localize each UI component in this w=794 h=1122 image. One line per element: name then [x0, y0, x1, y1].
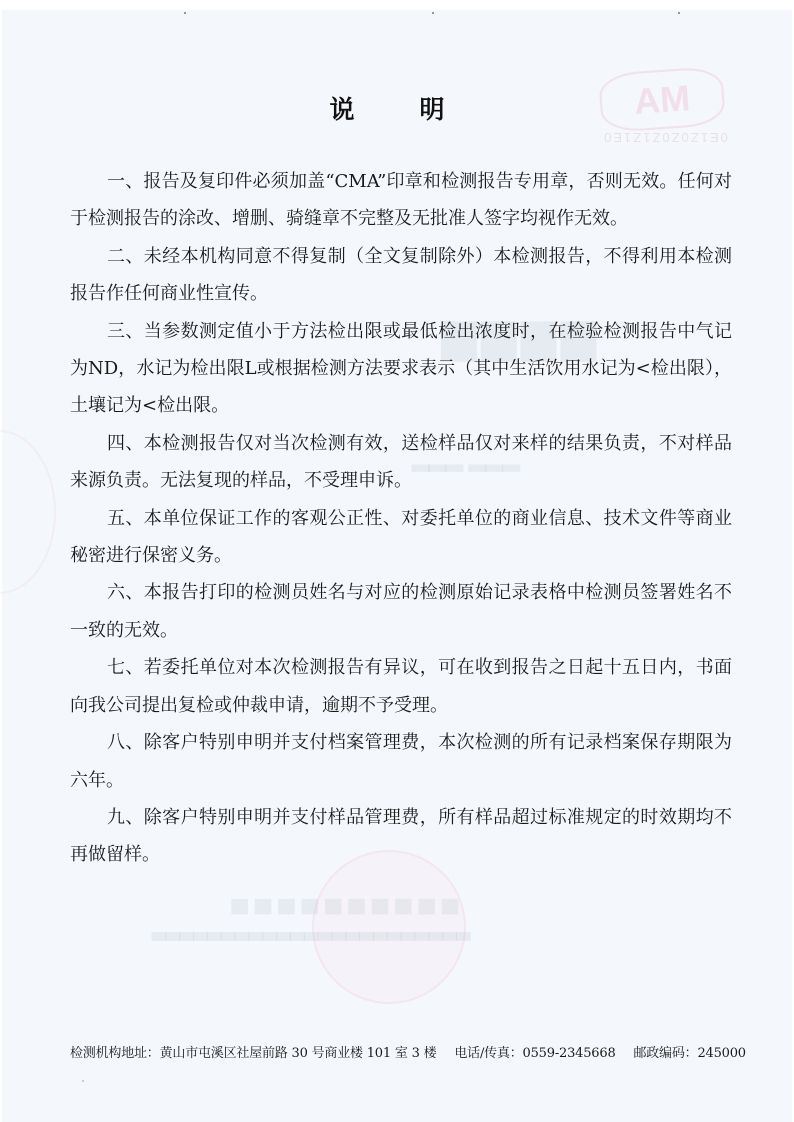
note-item-9: 九、除客户特别申明并支付样品管理费，所有样品超过标准规定的时效期均不再做留样。 [70, 799, 732, 874]
note-item-7: 七、若委托单位对本次检测报告有异议，可在收到报告之日起十五日内，书面向我公司提出… [70, 649, 732, 724]
footer-address: 检测机构地址：黄山市屯溪区社屋前路 30 号商业楼 101 室 3 楼 [70, 1046, 436, 1061]
footer-phone: 电话/传真：0559-2345668 [454, 1046, 615, 1061]
note-item-3: 三、当参数测定值小于方法检出限或最低检出浓度时，在检验检测报告中气记为ND，水记… [70, 313, 732, 425]
notes-body: 一、报告及复印件必须加盖“CMA”印章和检测报告专用章，否则无效。任何对于检测报… [70, 163, 732, 874]
stamp-number-watermark: 0E1Z0Z0Z1Z1E0 [600, 130, 730, 145]
note-item-8: 八、除客户特别申明并支付档案管理费，本次检测的所有记录档案保存期限为六年。 [70, 724, 732, 799]
note-item-6: 六、本报告打印的检测员姓名与对应的检测原始记录表格中检测员签署姓名不一致的无效。 [70, 574, 732, 649]
scan-artifact-dot [678, 12, 680, 14]
page-title: 说 明 [0, 90, 794, 126]
footer-postcode: 邮政编码：245000 [633, 1046, 745, 1061]
faint-seal-watermark [0, 430, 56, 594]
scan-artifact-dot [184, 12, 186, 14]
scan-artifact-dot [432, 12, 434, 14]
page-footer: 检测机构地址：黄山市屯溪区社屋前路 30 号商业楼 101 室 3 楼 电话/传… [70, 1042, 740, 1061]
bleedthrough-text: ▅▅▅▅▅▅▅▅▅▅ [232, 890, 466, 915]
scan-artifact-dot [82, 1080, 84, 1082]
note-item-5: 五、本单位保证工作的客观公正性、对委托单位的商业信息、技术文件等商业秘密进行保密… [70, 500, 732, 575]
note-item-2: 二、未经本机构同意不得复制（全文复制除外）本检测报告，不得利用本检测报告作任何商… [70, 238, 732, 313]
note-item-4: 四、本检测报告仅对当次检测有效，送检样品仅对来样的结果负责，不对样品来源负责。无… [70, 425, 732, 500]
bleedthrough-text: ▃▃▃▃▃▃▃▃▃▃▃▃▃▃▃▃▃▃▃▃▃▃▃ [152, 920, 470, 941]
note-item-1: 一、报告及复印件必须加盖“CMA”印章和检测报告专用章，否则无效。任何对于检测报… [70, 163, 732, 238]
